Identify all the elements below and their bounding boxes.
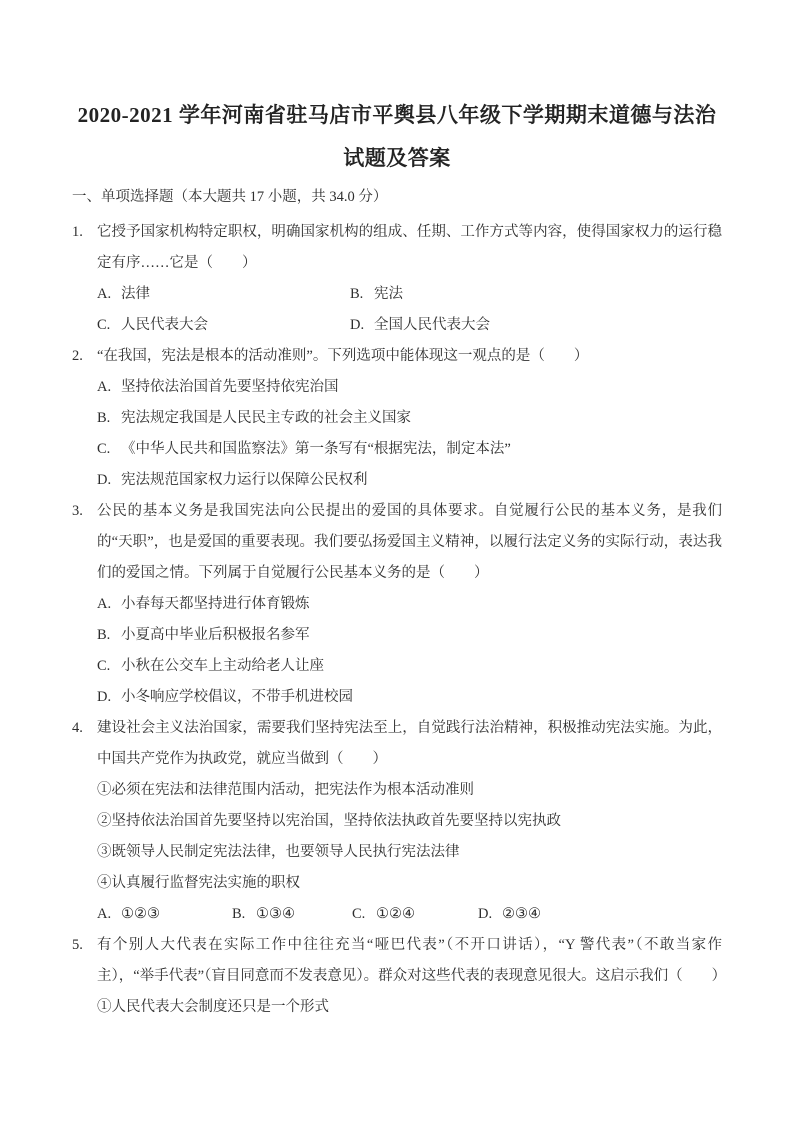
question-1-number: 1. bbox=[72, 217, 83, 248]
option-d: D.小冬响应学校倡议，不带手机进校园 bbox=[97, 682, 722, 713]
option-c: C.《中华人民共和国监察法》第一条写有“根据宪法，制定本法” bbox=[97, 434, 722, 465]
option-c: C.小秋在公交车上主动给老人让座 bbox=[97, 651, 722, 682]
option-a: A.①②③ bbox=[97, 899, 232, 930]
option-c-text: ①②④ bbox=[376, 906, 415, 922]
question-list: 1. 它授予国家机构特定职权，明确国家机构的组成、任期、工作方式等内容，使得国家… bbox=[72, 217, 722, 1023]
statement-1: ①人民代表大会制度还只是一个形式 bbox=[97, 992, 722, 1023]
question-4-number: 4. bbox=[72, 713, 83, 744]
question-5-stem: 有个别人大代表在实际工作中往往充当“哑巴代表”（不开口讲话），“Y 警代表”（不… bbox=[97, 930, 722, 992]
option-c-text: 人民代表大会 bbox=[121, 317, 208, 333]
option-a-label: A. bbox=[97, 899, 121, 930]
page-title: 2020-2021 学年河南省驻马店市平舆县八年级下学期期末道德与法治 试题及答… bbox=[72, 94, 722, 180]
option-b: B.①③④ bbox=[232, 899, 352, 930]
statement-3: ③既领导人民制定宪法法律，也要领导人民执行宪法法律 bbox=[97, 837, 722, 868]
question-3-number: 3. bbox=[72, 496, 83, 527]
option-a-text: 法律 bbox=[121, 286, 150, 302]
section-header: 一、单项选择题（本大题共 17 小题，共 34.0 分） bbox=[72, 182, 722, 213]
title-line-2: 试题及答案 bbox=[72, 137, 722, 180]
question-5-number: 5. bbox=[72, 930, 83, 961]
option-d-label: D. bbox=[97, 465, 121, 496]
option-c-label: C. bbox=[97, 434, 121, 465]
option-d-label: D. bbox=[97, 682, 121, 713]
option-a-text: 坚持依法治国首先要坚持依宪治国 bbox=[121, 379, 339, 395]
option-a-label: A. bbox=[97, 279, 121, 310]
option-a: A.坚持依法治国首先要坚持依宪治国 bbox=[97, 372, 722, 403]
statement-4: ④认真履行监督宪法实施的职权 bbox=[97, 868, 722, 899]
option-a-label: A. bbox=[97, 372, 121, 403]
option-d-label: D. bbox=[350, 310, 374, 341]
option-d-text: 宪法规范国家权力运行以保障公民权利 bbox=[121, 472, 368, 488]
question-3-stem: 公民的基本义务是我国宪法向公民提出的爱国的具体要求。自觉履行公民的基本义务，是我… bbox=[97, 496, 722, 589]
option-c: C.①②④ bbox=[352, 899, 478, 930]
question-1-stem: 它授予国家机构特定职权，明确国家机构的组成、任期、工作方式等内容，使得国家权力的… bbox=[97, 217, 722, 279]
option-a-text: 小春每天都坚持进行体育锻炼 bbox=[121, 596, 310, 612]
question-2-stem: “在我国，宪法是根本的活动准则”。下列选项中能体现这一观点的是（ ） bbox=[97, 341, 722, 372]
question-3: 3. 公民的基本义务是我国宪法向公民提出的爱国的具体要求。自觉履行公民的基本义务… bbox=[72, 496, 722, 713]
option-b-label: B. bbox=[232, 899, 256, 930]
question-4-stem: 建设社会主义法治国家，需要我们坚持宪法至上，自觉践行法治精神，积极推动宪法实施。… bbox=[97, 713, 722, 775]
question-2: 2. “在我国，宪法是根本的活动准则”。下列选项中能体现这一观点的是（ ） A.… bbox=[72, 341, 722, 496]
option-d: D.宪法规范国家权力运行以保障公民权利 bbox=[97, 465, 722, 496]
question-4-options: A.①②③ B.①③④ C.①②④ D.②③④ bbox=[97, 899, 722, 930]
option-d-text: ②③④ bbox=[502, 906, 541, 922]
title-line-1: 2020-2021 学年河南省驻马店市平舆县八年级下学期期末道德与法治 bbox=[72, 94, 722, 137]
question-1: 1. 它授予国家机构特定职权，明确国家机构的组成、任期、工作方式等内容，使得国家… bbox=[72, 217, 722, 341]
option-d-text: 小冬响应学校倡议，不带手机进校园 bbox=[121, 689, 353, 705]
statement-1: ①必须在宪法和法律范围内活动，把宪法作为根本活动准则 bbox=[97, 775, 722, 806]
option-c-label: C. bbox=[97, 651, 121, 682]
question-5: 5. 有个别人大代表在实际工作中往往充当“哑巴代表”（不开口讲话），“Y 警代表… bbox=[72, 930, 722, 1023]
option-d-label: D. bbox=[478, 899, 502, 930]
option-b: B.小夏高中毕业后积极报名参军 bbox=[97, 620, 722, 651]
option-d: D.②③④ bbox=[478, 899, 722, 930]
option-b-label: B. bbox=[350, 279, 374, 310]
option-b-label: B. bbox=[97, 620, 121, 651]
option-c-text: 小秋在公交车上主动给老人让座 bbox=[121, 658, 324, 674]
question-1-options: A.法律 B.宪法 C.人民代表大会 D.全国人民代表大会 bbox=[97, 279, 722, 341]
option-b-label: B. bbox=[97, 403, 121, 434]
option-d-text: 全国人民代表大会 bbox=[374, 317, 490, 333]
option-b-text: 宪法 bbox=[374, 286, 403, 302]
option-a: A.小春每天都坚持进行体育锻炼 bbox=[97, 589, 722, 620]
option-b: B.宪法规定我国是人民民主专政的社会主义国家 bbox=[97, 403, 722, 434]
option-b-text: ①③④ bbox=[256, 906, 295, 922]
statement-2: ②坚持依法治国首先要坚持以宪治国，坚持依法执政首先要坚持以宪执政 bbox=[97, 806, 722, 837]
option-a: A.法律 bbox=[97, 279, 350, 310]
option-a-text: ①②③ bbox=[121, 906, 160, 922]
document-page: 2020-2021 学年河南省驻马店市平舆县八年级下学期期末道德与法治 试题及答… bbox=[0, 0, 793, 1122]
option-a-label: A. bbox=[97, 589, 121, 620]
option-c: C.人民代表大会 bbox=[97, 310, 350, 341]
question-4: 4. 建设社会主义法治国家，需要我们坚持宪法至上，自觉践行法治精神，积极推动宪法… bbox=[72, 713, 722, 930]
option-b-text: 宪法规定我国是人民民主专政的社会主义国家 bbox=[121, 410, 411, 426]
option-c-label: C. bbox=[352, 899, 376, 930]
option-c-label: C. bbox=[97, 310, 121, 341]
question-2-number: 2. bbox=[72, 341, 83, 372]
option-b-text: 小夏高中毕业后积极报名参军 bbox=[121, 627, 310, 643]
option-d: D.全国人民代表大会 bbox=[350, 310, 722, 341]
option-b: B.宪法 bbox=[350, 279, 722, 310]
option-c-text: 《中华人民共和国监察法》第一条写有“根据宪法，制定本法” bbox=[121, 441, 511, 457]
